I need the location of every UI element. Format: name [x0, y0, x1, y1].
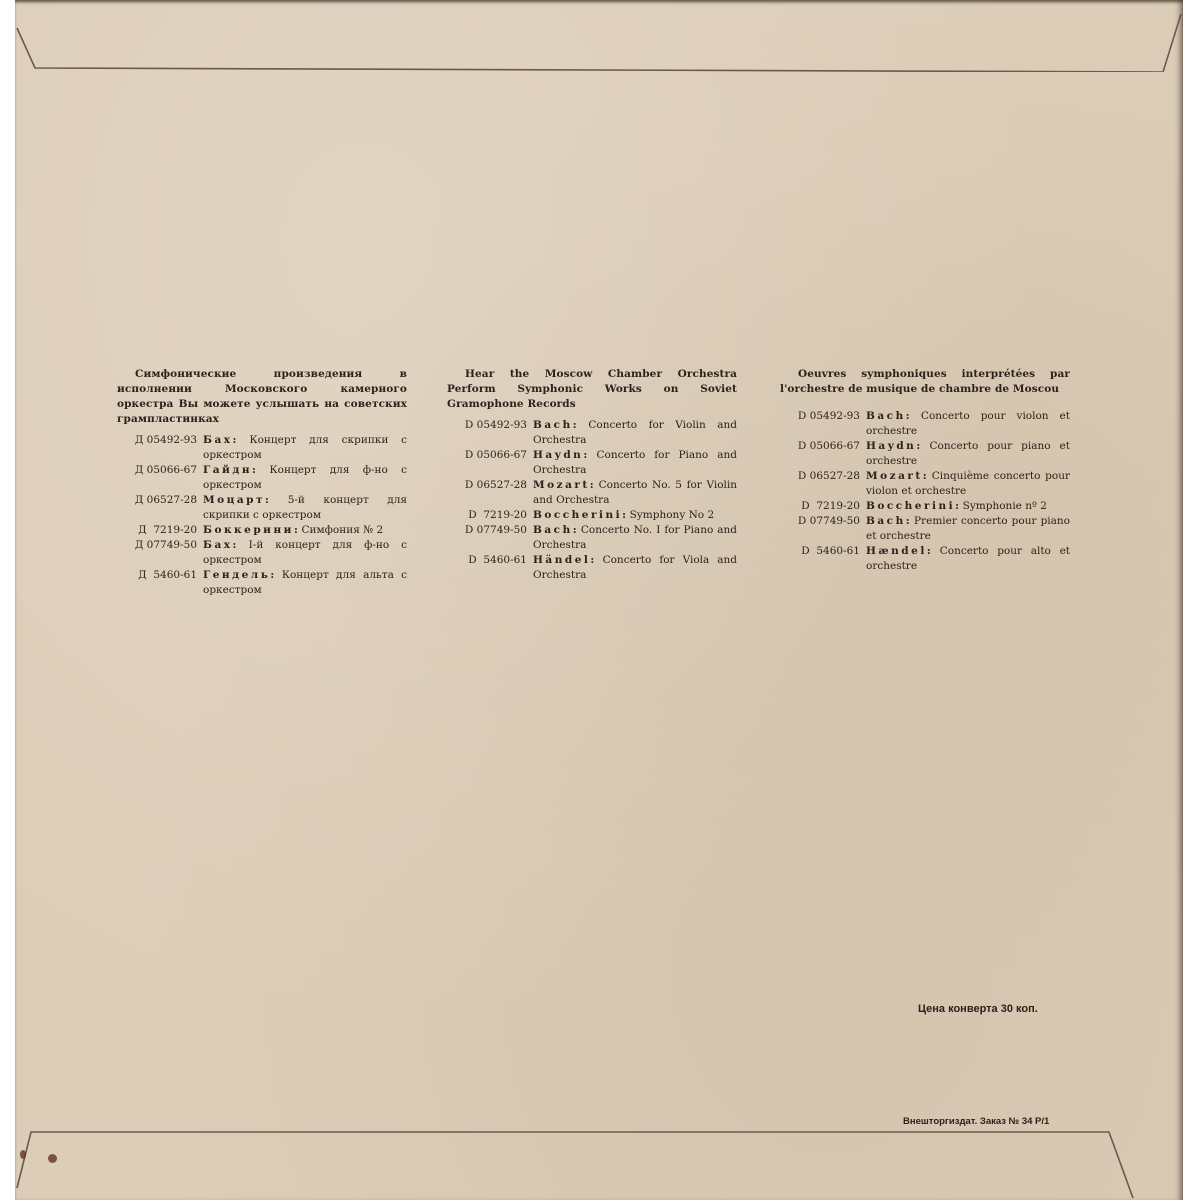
work-description: Бах: I-й концерт для ф-но с оркестром — [203, 538, 407, 568]
publisher-imprint: Внешторгиздат. Заказ № 34 Р/1 — [903, 1116, 1049, 1127]
column-title: Oeuvres symphoniques interprétées par l'… — [780, 367, 1070, 397]
separator: : — [270, 569, 282, 581]
work-title: Симфония № 2 — [301, 524, 383, 536]
composer-name: Boccherini — [533, 509, 622, 521]
catalog-number: Д 07749-50 — [117, 538, 203, 553]
record-entry: D 07749-50Bach: Concerto No. I for Piano… — [447, 523, 737, 553]
composer-name: Bach — [866, 515, 906, 527]
record-entry: D 5460-61Hændel: Concerto pour alto et o… — [780, 544, 1070, 574]
work-description: Бах: Концерт для скрипки с оркестром — [203, 433, 407, 463]
record-entry: Д 06527-28Моцарт: 5-й концерт для скрипк… — [117, 493, 407, 523]
record-list: Д 05492-93Бах: Концерт для скрипки с орк… — [117, 433, 407, 598]
work-description: Boccherini: Symphonie nº 2 — [866, 499, 1070, 514]
composer-name: Бах — [203, 539, 233, 551]
catalog-number: D 05066-67 — [780, 439, 866, 454]
composer-name: Haydn — [533, 449, 583, 461]
separator: : — [923, 470, 932, 482]
record-sleeve-back — [15, 0, 1183, 1200]
separator: : — [252, 464, 269, 476]
column-title: Hear the Moscow Chamber Orchestra Perfor… — [447, 367, 737, 412]
record-entry: Д 5460-61Гендель: Концерт для альта с ор… — [117, 568, 407, 598]
work-description: Haydn: Concerto for Piano and Orchestra — [533, 448, 737, 478]
catalog-number: Д 06527-28 — [117, 493, 203, 508]
separator: : — [573, 524, 581, 536]
composer-name: Моцарт — [203, 494, 265, 506]
french-column: Oeuvres symphoniques interprétées par l'… — [780, 367, 1070, 574]
separator: : — [265, 494, 288, 506]
work-title: Symphonie nº 2 — [963, 500, 1047, 512]
work-description: Hændel: Concerto pour alto et orchestre — [866, 544, 1070, 574]
work-description: Mozart: Concerto No. 5 for Violin and Or… — [533, 478, 737, 508]
separator: : — [955, 500, 963, 512]
separator: : — [233, 434, 250, 446]
work-description: Bach: Premier concerto pour piano et orc… — [866, 514, 1070, 544]
composer-name: Гендель — [203, 569, 270, 581]
record-entry: Д 07749-50Бах: I-й концерт для ф-но с ор… — [117, 538, 407, 568]
separator: : — [927, 545, 940, 557]
catalog-number: D 07749-50 — [780, 514, 866, 529]
record-entry: D 7219-20Boccherini: Symphonie nº 2 — [780, 499, 1070, 514]
catalog-number: Д 7219-20 — [117, 523, 203, 538]
work-description: Гендель: Концерт для альта с оркестром — [203, 568, 407, 598]
composer-name: Boccherini — [866, 500, 955, 512]
record-list: D 05492-93Bach: Concerto for Violin and … — [447, 418, 737, 583]
composer-name: Bach — [533, 419, 573, 431]
record-entry: D 07749-50Bach: Premier concerto pour pi… — [780, 514, 1070, 544]
work-description: Bach: Concerto No. I for Piano and Orche… — [533, 523, 737, 553]
sleeve-price: Цена конверта 30 коп. — [918, 1003, 1038, 1015]
record-entry: D 7219-20Boccherini: Symphony No 2 — [447, 508, 737, 523]
work-description: Haydn: Concerto pour piano et orchestre — [866, 439, 1070, 469]
separator: : — [590, 479, 599, 491]
separator: : — [906, 410, 921, 422]
russian-column: Симфонические произведения в исполнении … — [117, 367, 407, 598]
work-description: Bach: Concerto for Violin and Orchestra — [533, 418, 737, 448]
catalog-number: D 05492-93 — [447, 418, 533, 433]
work-description: Боккерини: Симфония № 2 — [203, 523, 407, 538]
record-entry: D 5460-61Händel: Concerto for Viola and … — [447, 553, 737, 583]
catalog-number: D 06527-28 — [780, 469, 866, 484]
record-entry: D 06527-28Mozart: Concerto No. 5 for Vio… — [447, 478, 737, 508]
work-title: Symphony No 2 — [630, 509, 714, 521]
catalog-number: Д 05066-67 — [117, 463, 203, 478]
record-entry: D 05492-93Bach: Concerto pour violon et … — [780, 409, 1070, 439]
composer-name: Бах — [203, 434, 233, 446]
separator: : — [916, 440, 929, 452]
stain-mark — [48, 1154, 57, 1163]
catalog-number: D 05066-67 — [447, 448, 533, 463]
work-description: Mozart: Cinquième concerto pour violon e… — [866, 469, 1070, 499]
catalog-number: D 06527-28 — [447, 478, 533, 493]
composer-name: Bach — [866, 410, 906, 422]
work-description: Boccherini: Symphony No 2 — [533, 508, 737, 523]
record-entry: D 05492-93Bach: Concerto for Violin and … — [447, 418, 737, 448]
catalog-number: D 05492-93 — [780, 409, 866, 424]
separator: : — [233, 539, 249, 551]
separator: : — [590, 554, 602, 566]
separator: : — [583, 449, 596, 461]
catalog-number: Д 5460-61 — [117, 568, 203, 583]
composer-name: Haydn — [866, 440, 916, 452]
composer-name: Händel — [533, 554, 590, 566]
composer-name: Гайдн — [203, 464, 252, 476]
catalog-number: D 5460-61 — [780, 544, 866, 559]
record-entry: Д 05066-67Гайдн: Концерт для ф-но с орке… — [117, 463, 407, 493]
record-entry: Д 05492-93Бах: Концерт для скрипки с орк… — [117, 433, 407, 463]
work-description: Гайдн: Концерт для ф-но с оркестром — [203, 463, 407, 493]
catalog-number: D 7219-20 — [780, 499, 866, 514]
composer-name: Mozart — [866, 470, 923, 482]
separator: : — [906, 515, 914, 527]
catalog-number: Д 05492-93 — [117, 433, 203, 448]
column-title: Симфонические произведения в исполнении … — [117, 367, 407, 427]
composer-name: Боккерини — [203, 524, 294, 536]
record-entry: D 05066-67Haydn: Concerto for Piano and … — [447, 448, 737, 478]
record-entry: D 06527-28Mozart: Cinquième concerto pou… — [780, 469, 1070, 499]
english-column: Hear the Moscow Chamber Orchestra Perfor… — [447, 367, 737, 583]
composer-name: Bach — [533, 524, 573, 536]
separator: : — [622, 509, 630, 521]
composer-name: Hændel — [866, 545, 927, 557]
stain-mark — [20, 1150, 26, 1159]
record-entry: Д 7219-20Боккерини: Симфония № 2 — [117, 523, 407, 538]
catalog-number: D 5460-61 — [447, 553, 533, 568]
catalog-number: D 07749-50 — [447, 523, 533, 538]
separator: : — [573, 419, 589, 431]
catalog-number: D 7219-20 — [447, 508, 533, 523]
work-description: Händel: Concerto for Viola and Orchestra — [533, 553, 737, 583]
composer-name: Mozart — [533, 479, 590, 491]
record-list: D 05492-93Bach: Concerto pour violon et … — [780, 409, 1070, 574]
work-description: Моцарт: 5-й концерт для скрипки с оркест… — [203, 493, 407, 523]
work-description: Bach: Concerto pour violon et orchestre — [866, 409, 1070, 439]
record-entry: D 05066-67Haydn: Concerto pour piano et … — [780, 439, 1070, 469]
